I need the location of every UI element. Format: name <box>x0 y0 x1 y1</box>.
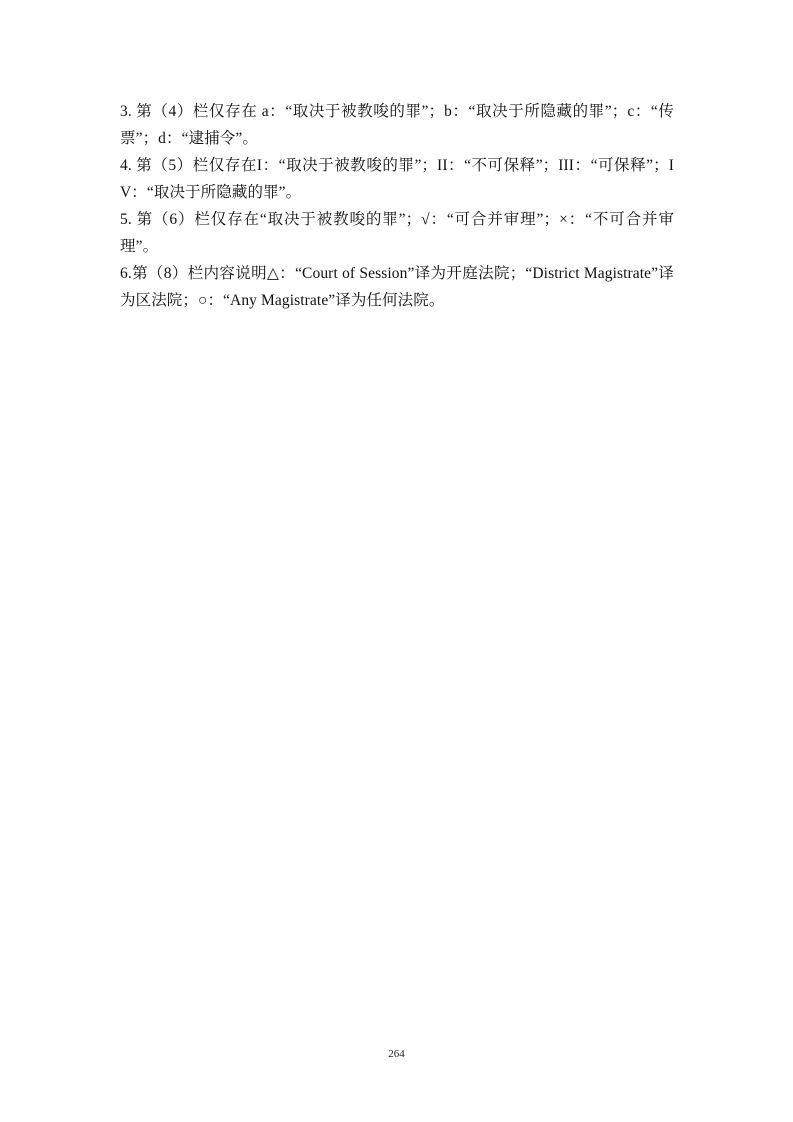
note-4: 4. 第（5）栏仅存在I：“取决于被教唆的罪”；II：“不可保释”；III：“可… <box>120 152 674 206</box>
note-3: 3. 第（4）栏仅存在 a：“取决于被教唆的罪”；b：“取决于所隐藏的罪”；c：… <box>120 98 674 152</box>
note-6: 6.第（8）栏内容说明△：“Court of Session”译为开庭法院；“D… <box>120 260 674 314</box>
page-number: 264 <box>0 1048 793 1060</box>
page-body: 3. 第（4）栏仅存在 a：“取决于被教唆的罪”；b：“取决于所隐藏的罪”；c：… <box>120 98 674 314</box>
note-5: 5. 第（6）栏仅存在“取决于被教唆的罪”；√：“可合并审理”；×：“不可合并审… <box>120 206 674 260</box>
